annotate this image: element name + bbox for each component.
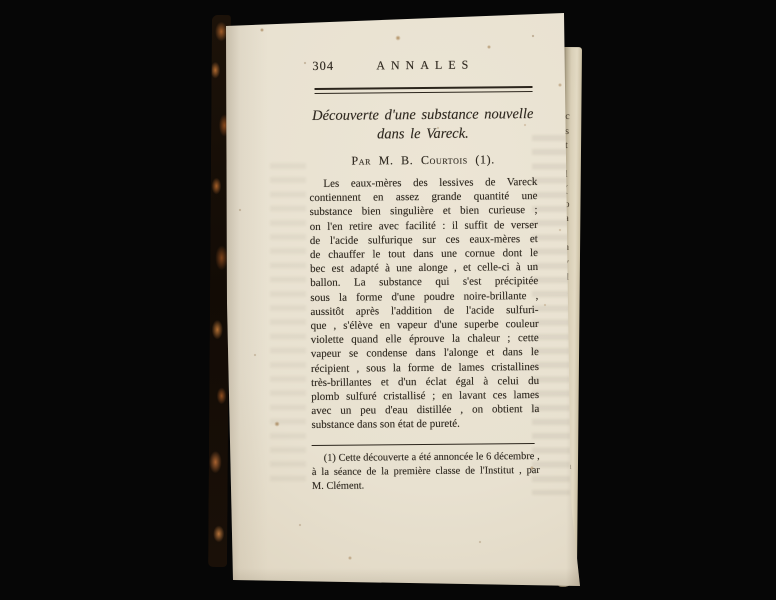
page-number: 304 [312, 59, 334, 74]
header-double-rule [315, 86, 533, 94]
footnote-text: (1) Cette découverte a été annoncée le 6… [312, 450, 540, 481]
footnote-last-line: M. Clément. [312, 478, 540, 494]
article-byline: Par M. B. Courtois (1). [309, 152, 537, 169]
article-body: Les eaux-mères des lessives de Vareck co… [309, 175, 539, 418]
article-body-last-line: substance dans son état de pureté. [311, 416, 539, 432]
photograph-background: c s t l ( o a n v d à e c p n n d t ' d … [0, 0, 776, 600]
verso-showthrough-left [270, 163, 306, 483]
running-header: 304 ANNALES [308, 57, 536, 73]
printed-text-column: 304 ANNALES Découverte d'une substance n… [308, 57, 540, 495]
journal-title: ANNALES [308, 57, 536, 74]
footnote-rule [312, 443, 535, 446]
book-page: 304 ANNALES Découverte d'une substance n… [226, 13, 582, 588]
article-title: Découverte d'une substance nouvelle dans… [309, 105, 537, 145]
